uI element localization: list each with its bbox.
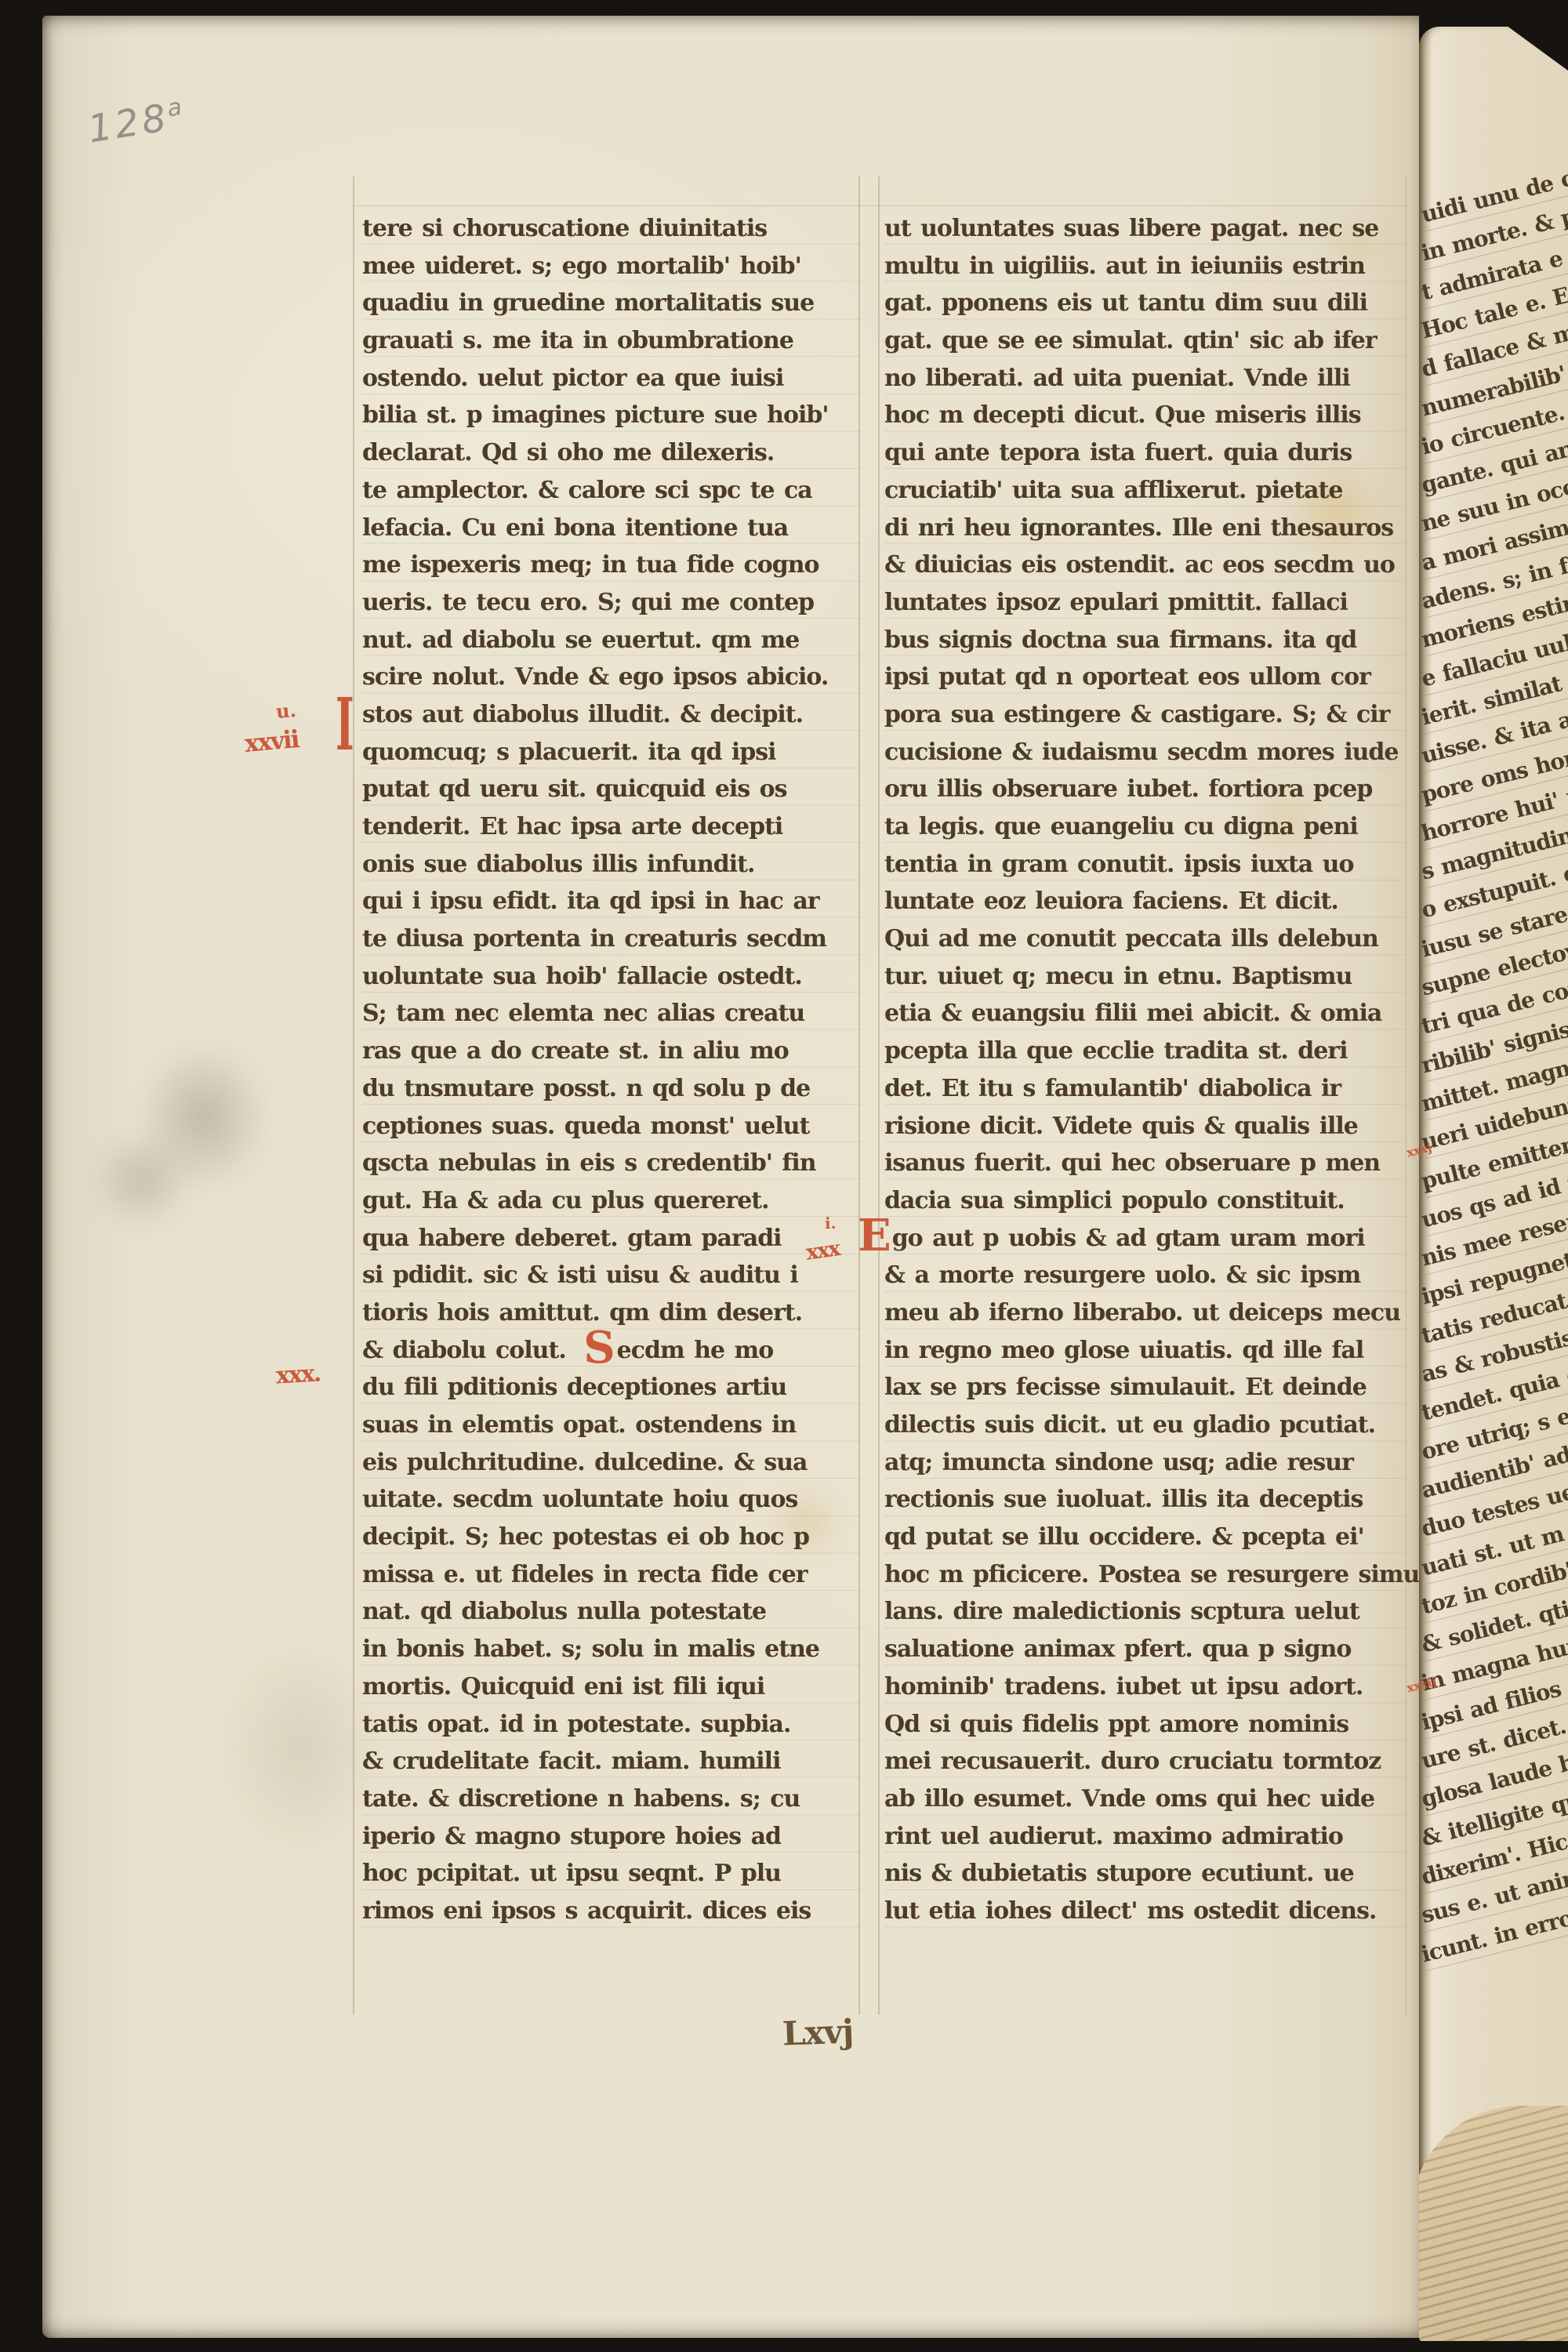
text-line: Qui ad me conutit peccata ills delebun	[884, 922, 1405, 960]
rubric-initial: E	[858, 1210, 891, 1261]
text-line: ut uoluntates suas libere pagat. nec se	[884, 212, 1405, 249]
text-line: uitate. secdm uoluntate hoiu quos	[362, 1483, 861, 1520]
text-line: declarat. Qd si oho me dilexeris.	[362, 436, 861, 474]
text-line: di nri heu ignorantes. Ille eni thesauro…	[884, 511, 1405, 549]
text-line: si pdidit. sic & isti uisu & auditu i	[362, 1258, 861, 1296]
text-line: decipit. S; hec potestas ei ob hoc p	[362, 1520, 861, 1558]
text-line: in regno meo glose uiuatis. qd ille fal	[884, 1334, 1405, 1371]
text-line: hoc m decepti dicut. Que miseris illis	[884, 398, 1405, 436]
chapter-numeral-xxvii-tick: u.	[275, 699, 297, 723]
text-line: te amplector. & calore sci spc te ca	[362, 474, 861, 511]
text-line: dacia sua simplici populo constituit.	[884, 1184, 1405, 1221]
text-line: bilia st. p imagines picture sue hoib'	[362, 398, 861, 436]
text-line: quadiu in gruedine mortalitatis sue	[362, 286, 861, 324]
ruling-line-vertical	[878, 176, 880, 2015]
text-line: etia & euangsiu filii mei abicit. & omia	[884, 996, 1405, 1034]
text-line: rectionis sue iuoluat. illis ita decepti…	[884, 1483, 1405, 1520]
text-line: qd putat se illu occidere. & pcepta ei'	[884, 1520, 1405, 1558]
text-line: & crudelitate facit. miam. humili	[362, 1744, 861, 1782]
next-leaf-strip: uidi unu de capitin morte. & plaga mot a…	[1419, 27, 1568, 2341]
text-line: ab illo esumet. Vnde oms qui hec uide	[884, 1782, 1405, 1820]
text-line: saluatione animax pfert. qua p signo	[884, 1632, 1405, 1670]
text-line: hoc m pficicere. Postea se resurgere sim…	[884, 1558, 1405, 1595]
text-line: me ispexeris meq; in tua fide cogno	[362, 548, 861, 586]
text-line: tate. & discretione n habens. s; cu	[362, 1782, 861, 1820]
text-line: atq; imuncta sindone usq; adie resur	[884, 1446, 1405, 1483]
text-line: stos aut diabolus illudit. & decipit.	[362, 698, 861, 735]
text-line: cucisione & iudaismu secdm mores iude	[884, 735, 1405, 773]
text-line: uoluntate sua hoib' fallacie ostedt.	[362, 960, 861, 997]
text-line: tere si choruscatione diuinitatis	[362, 212, 861, 249]
text-line: ceptiones suas. queda monst' uelut	[362, 1109, 861, 1147]
text-line: iperio & magno stupore hoies ad	[362, 1820, 861, 1857]
text-line: Ego aut p uobis & ad gtam uram mori	[884, 1221, 1405, 1259]
ruling-line-vertical	[1406, 176, 1406, 2015]
text-line: lefacia. Cu eni bona itentione tua	[362, 511, 861, 549]
text-line: mee uideret. s; ego mortalib' hoib'	[362, 249, 861, 287]
text-line: pora sua estingere & castigare. S; & cir	[884, 698, 1405, 735]
chapter-numeral-xxxi: xxx	[804, 1236, 840, 1265]
chapter-numeral-xxx: xxx.	[275, 1360, 321, 1390]
ruling-line-horizontal	[353, 205, 1406, 206]
text-line: risione dicit. Videte quis & qualis ille	[884, 1109, 1405, 1147]
text-line: tenderit. Et hac ipsa arte decepti	[362, 810, 861, 848]
text-line: missa e. ut fideles in recta fide cer	[362, 1558, 861, 1595]
text-line: ras que a do create st. in aliu mo	[362, 1034, 861, 1072]
text-line: Qd si quis fidelis ppt amore nominis	[884, 1708, 1405, 1745]
text-line: qua habere deberet. gtam paradi	[362, 1221, 861, 1259]
text-line: nut. ad diabolu se euertut. qm me	[362, 623, 861, 661]
text-line: det. Et itu s famulantib' diabolica ir	[884, 1072, 1405, 1109]
left-text-column: tere si choruscatione diuinitatismee uid…	[362, 212, 861, 1932]
text-line: ueris. te tecu ero. S; qui me contep	[362, 586, 861, 623]
text-line: meu ab iferno liberabo. ut deiceps mecu	[884, 1296, 1405, 1334]
text-line: tatis opat. id in potestate. supbia.	[362, 1708, 861, 1745]
text-line: in bonis habet. s; solu in malis etne	[362, 1632, 861, 1670]
page-edge-stack	[1419, 2106, 1568, 2341]
text-line: gat. que se ee simulat. qtin' sic ab ife…	[884, 324, 1405, 361]
text-line: rint uel audierut. maximo admiratio	[884, 1820, 1405, 1857]
text-line: multu in uigiliis. aut in ieiuniis estri…	[884, 249, 1405, 287]
gray-stain	[223, 1646, 379, 1850]
text-line: luntate eoz leuiora faciens. Et dicit.	[884, 884, 1405, 922]
text-line: mortis. Quicquid eni ist fili iqui	[362, 1670, 861, 1708]
text-line: pcepta illa que ecclie tradita st. deri	[884, 1034, 1405, 1072]
text-line: dilectis suis dicit. ut eu gladio pcutia…	[884, 1408, 1405, 1446]
text-line: & diabolu colut. Secdm he mo	[362, 1334, 861, 1371]
gray-stain	[136, 1043, 270, 1192]
text-line: mei recusauerit. duro cruciatu tormtoz	[884, 1744, 1405, 1782]
text-line: tur. uiuet q; mecu in etnu. Baptismu	[884, 960, 1405, 997]
text-line: rimos eni ipsos s acquirit. dices eis	[362, 1894, 861, 1932]
text-line: du fili pditionis deceptiones artiu	[362, 1370, 861, 1408]
text-line: nat. qd diabolus nulla potestate	[362, 1595, 861, 1632]
rubric-initial: S	[583, 1322, 614, 1374]
text-line: & a morte resurgere uolo. & sic ipsm	[884, 1258, 1405, 1296]
text-line: lut etia iohes dilect' ms ostedit dicens…	[884, 1894, 1405, 1932]
text-line: & diuicias eis ostendit. ac eos secdm uo	[884, 548, 1405, 586]
text-line: isanus fuerit. qui hec obseruare p men	[884, 1146, 1405, 1184]
text-line: lans. dire maledictionis scptura uelut	[884, 1595, 1405, 1632]
chapter-numeral-xxvii: xxvii	[244, 725, 299, 758]
text-line: tentia in gram conutit. ipsis iuxta uo	[884, 848, 1405, 885]
text-line: suas in elemtis opat. ostendens in	[362, 1408, 861, 1446]
text-line: gat. pponens eis ut tantu dim suu dili	[884, 286, 1405, 324]
text-line: gut. Ha & ada cu plus quereret.	[362, 1184, 861, 1221]
text-line: hominib' tradens. iubet ut ipsu adort.	[884, 1670, 1405, 1708]
text-line: hoc pcipitat. ut ipsu seqnt. P plu	[362, 1857, 861, 1894]
chapter-numeral-xxxi-tick: i.	[825, 1214, 837, 1232]
text-line: luntates ipsoz epulari pmittit. fallaci	[884, 586, 1405, 623]
text-line: eis pulchritudine. dulcedine. & sua	[362, 1446, 861, 1483]
text-line: ostendo. uelut pictor ea que iuisi	[362, 361, 861, 399]
rubric-initial-I: I	[336, 688, 354, 760]
manuscript-photo: { "folio_number": "128a", "quire_mark": …	[0, 0, 1568, 2352]
text-line: S; tam nec elemta nec alias creatu	[362, 996, 861, 1034]
text-line: qui ante tepora ista fuert. quia duris	[884, 436, 1405, 474]
right-text-column: ut uoluntates suas libere pagat. nec sem…	[884, 212, 1405, 1932]
text-line: ipsi putat qd n oporteat eos ullom cor	[884, 660, 1405, 698]
text-line: putat qd ueru sit. quicquid eis os	[362, 772, 861, 810]
text-line: grauati s. me ita in obumbratione	[362, 324, 861, 361]
ruling-line-vertical	[353, 176, 354, 2015]
text-line: bus signis doctna sua firmans. ita qd	[884, 623, 1405, 661]
text-line: scire nolut. Vnde & ego ipsos abicio.	[362, 660, 861, 698]
text-line: qscta nebulas in eis s credentib' fin	[362, 1146, 861, 1184]
text-line: qui i ipsu efidt. ita qd ipsi in hac ar	[362, 884, 861, 922]
text-line: onis sue diabolus illis infundit.	[362, 848, 861, 885]
text-line: nis & dubietatis stupore ecutiunt. ue	[884, 1857, 1405, 1894]
text-line: lax se prs fecisse simulauit. Et deinde	[884, 1370, 1405, 1408]
quire-signature: Lxvj	[782, 2012, 854, 2053]
text-line: te diusa portenta in creaturis secdm	[362, 922, 861, 960]
text-line: oru illis obseruare iubet. fortiora pcep	[884, 772, 1405, 810]
text-line: no liberati. ad uita pueniat. Vnde illi	[884, 361, 1405, 399]
text-line: cruciatib' uita sua afflixerut. pietate	[884, 474, 1405, 511]
text-line: du tnsmutare posst. n qd solu p de	[362, 1072, 861, 1109]
text-line: ta legis. que euangeliu cu digna peni	[884, 810, 1405, 848]
text-line: quomcuq; s placuerit. ita qd ipsi	[362, 735, 861, 773]
gray-stain	[91, 1129, 193, 1231]
